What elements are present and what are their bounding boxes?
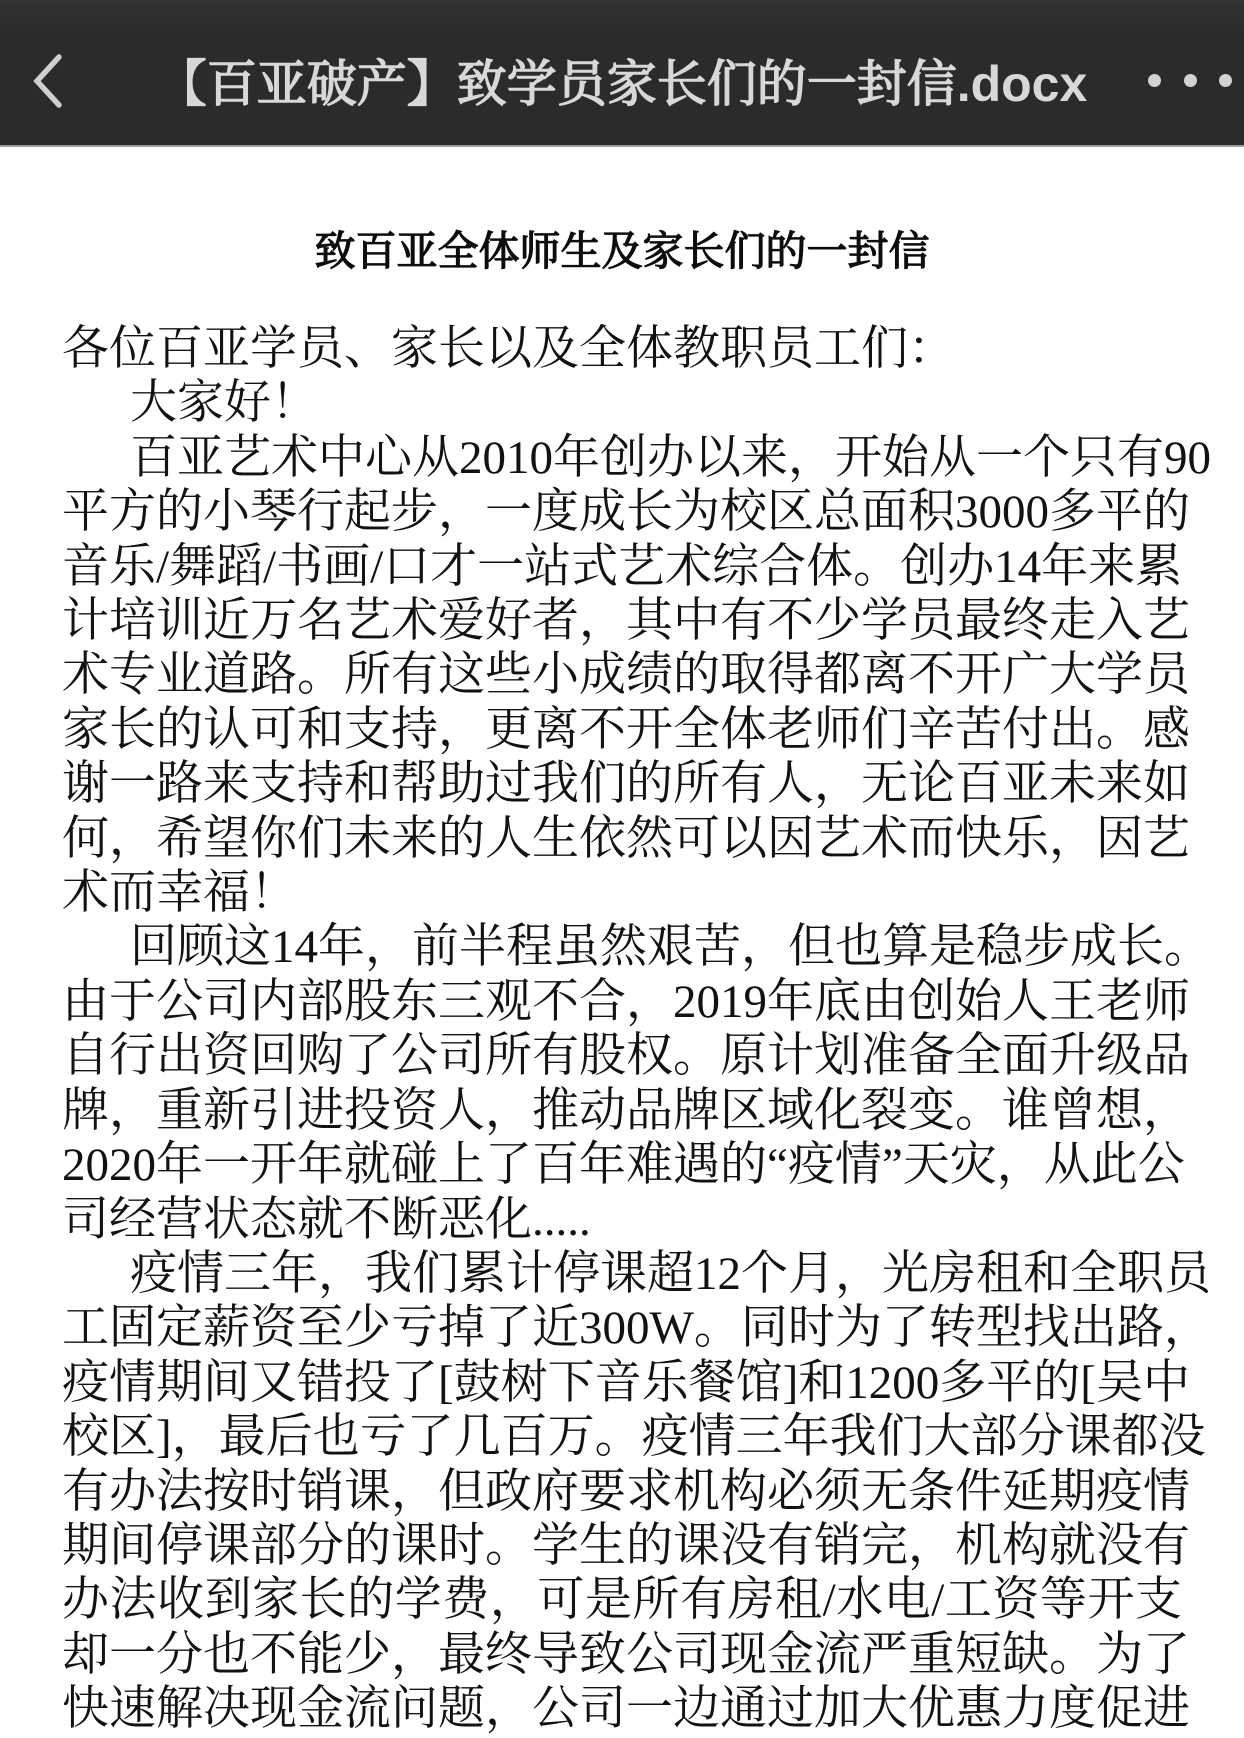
chevron-left-icon bbox=[32, 53, 64, 109]
document-line: 自行出资回购了公司所有股权。原计划准备全面升级品 bbox=[62, 1029, 1182, 1083]
document-line: 期间停课部分的课时。学生的课没有销完，机构就没有 bbox=[62, 1519, 1182, 1573]
document-line: 各位百亚学员、家长以及全体教职员工们： bbox=[62, 322, 1182, 376]
document-line: 术专业道路。所有这些小成绩的取得都离不开广大学员 bbox=[62, 648, 1182, 702]
document-line: 却一分也不能少，最终导致公司现金流严重短缺。为了 bbox=[62, 1628, 1182, 1682]
document-page[interactable]: 致百亚全体师生及家长们的一封信 各位百亚学员、家长以及全体教职员工们：大家好！百… bbox=[0, 147, 1244, 1738]
document-line: 由于公司内部股东三观不合，2019年底由创始人王老师 bbox=[62, 975, 1182, 1029]
document-line: 牌，重新引进投资人，推动品牌区域化裂变。谁曾想， bbox=[62, 1084, 1182, 1138]
document-line: 大家好！ bbox=[62, 376, 1182, 430]
document-line: 计培训近万名艺术爱好者，其中有不少学员最终走入艺 bbox=[62, 594, 1182, 648]
document-line: 有办法按时销课，但政府要求机构必须无条件延期疫情 bbox=[62, 1465, 1182, 1519]
document-line: 百亚艺术中心从2010年创办以来，开始从一个只有90 bbox=[62, 431, 1182, 485]
document-line: 何，希望你们未来的人生依然可以因艺术而快乐，因艺 bbox=[62, 812, 1182, 866]
document-line: 回顾这14年，前半程虽然艰苦，但也算是稳步成长。 bbox=[62, 920, 1182, 974]
document-line: 司经营状态就不断恶化..... bbox=[62, 1193, 1182, 1247]
document-line: 办法收到家长的学费，可是所有房租/水电/工资等开支 bbox=[62, 1573, 1182, 1627]
document-line: 校区]，最后也亏了几百万。疫情三年我们大部分课都没 bbox=[62, 1410, 1182, 1464]
file-title: 【百亚破产】致学员家长们的一封信.docx bbox=[157, 44, 1088, 116]
document-line: 工固定薪资至少亏掉了近300W。同时为了转型找出路， bbox=[62, 1301, 1182, 1355]
document-line: 疫情三年，我们累计停课超12个月，光房租和全职员 bbox=[62, 1247, 1182, 1301]
document-line: 平方的小琴行起步，一度成长为校区总面积3000多平的 bbox=[62, 485, 1182, 539]
document-line: 2020年一开年就碰上了百年难遇的“疫情”天灾，从此公 bbox=[62, 1138, 1182, 1192]
document-line: 家长的认可和支持，更离不开全体老师们辛苦付出。感 bbox=[62, 703, 1182, 757]
document-line: 音乐/舞蹈/书画/口才一站式艺术综合体。创办14年来累 bbox=[62, 540, 1182, 594]
ellipsis-icon bbox=[1148, 74, 1161, 87]
ellipsis-icon bbox=[1184, 74, 1197, 87]
document-line: 快速解决现金流问题，公司一边通过加大优惠力度促进 bbox=[62, 1682, 1182, 1736]
more-button[interactable] bbox=[1148, 56, 1232, 104]
document-line: 术而幸福！ bbox=[62, 866, 1182, 920]
document-line: 谢一路来支持和帮助过我们的所有人，无论百亚未来如 bbox=[62, 757, 1182, 811]
app-bar: 【百亚破产】致学员家长们的一封信.docx bbox=[0, 0, 1244, 147]
document-line: 疫情期间又错投了[鼓树下音乐餐馆]和1200多平的[吴中 bbox=[62, 1356, 1182, 1410]
ellipsis-icon bbox=[1219, 74, 1232, 87]
document-title: 致百亚全体师生及家长们的一封信 bbox=[62, 223, 1182, 279]
document-body: 各位百亚学员、家长以及全体教职员工们：大家好！百亚艺术中心从2010年创办以来，… bbox=[62, 322, 1182, 1737]
back-button[interactable] bbox=[22, 48, 74, 114]
